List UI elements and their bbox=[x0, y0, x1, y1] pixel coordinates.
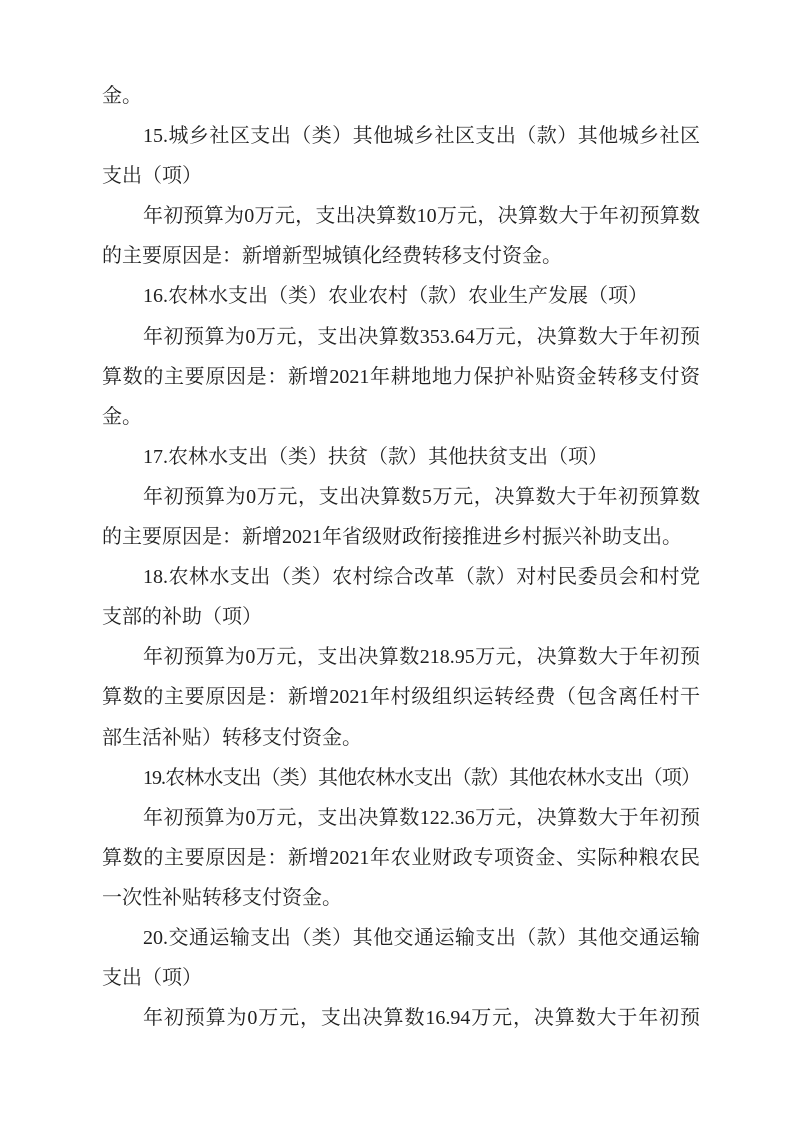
text-line: 部生活补贴）转移支付资金。 bbox=[102, 718, 700, 758]
text-line: 的主要原因是：新增新型城镇化经费转移支付资金。 bbox=[102, 236, 700, 276]
text-line: 年初预算为0万元，支出决算数16.94万元，决算数大于年初预 bbox=[102, 998, 700, 1038]
text-line: 18.农林水支出（类）农村综合改革（款）对村民委员会和村党 bbox=[102, 557, 700, 597]
text-line: 19.农林水支出（类）其他农林水支出（款）其他农林水支出（项） bbox=[102, 758, 700, 798]
text-line: 年初预算为0万元，支出决算数218.95万元，决算数大于年初预 bbox=[102, 637, 700, 677]
text-line: 15.城乡社区支出（类）其他城乡社区支出（款）其他城乡社区 bbox=[102, 116, 700, 156]
text-line: 年初预算为0万元，支出决算数10万元，决算数大于年初预算数 bbox=[102, 196, 700, 236]
text-line: 20.交通运输支出（类）其他交通运输支出（款）其他交通运输 bbox=[102, 918, 700, 958]
text-line: 支出（项） bbox=[102, 958, 700, 998]
text-line: 16.农林水支出（类）农业农村（款）农业生产发展（项） bbox=[102, 276, 700, 316]
text-line: 算数的主要原因是：新增2021年农业财政专项资金、实际种粮农民 bbox=[102, 838, 700, 878]
text-line: 年初预算为0万元，支出决算数5万元，决算数大于年初预算数 bbox=[102, 477, 700, 517]
text-line: 支出（项） bbox=[102, 156, 700, 196]
text-line: 金。 bbox=[102, 397, 700, 437]
text-line: 算数的主要原因是：新增2021年村级组织运转经费（包含离任村干 bbox=[102, 677, 700, 717]
text-line: 算数的主要原因是：新增2021年耕地地力保护补贴资金转移支付资 bbox=[102, 357, 700, 397]
text-line: 支部的补助（项） bbox=[102, 597, 700, 637]
text-line: 金。 bbox=[102, 76, 700, 116]
text-line: 的主要原因是：新增2021年省级财政衔接推进乡村振兴补助支出。 bbox=[102, 517, 700, 557]
text-line: 年初预算为0万元，支出决算数122.36万元，决算数大于年初预 bbox=[102, 798, 700, 838]
text-line: 17.农林水支出（类）扶贫（款）其他扶贫支出（项） bbox=[102, 437, 700, 477]
document-page: 金。15.城乡社区支出（类）其他城乡社区支出（款）其他城乡社区支出（项）年初预算… bbox=[0, 0, 793, 1122]
text-line: 一次性补贴转移支付资金。 bbox=[102, 878, 700, 918]
text-line: 年初预算为0万元，支出决算数353.64万元，决算数大于年初预 bbox=[102, 317, 700, 357]
document-text-block: 金。15.城乡社区支出（类）其他城乡社区支出（款）其他城乡社区支出（项）年初预算… bbox=[102, 76, 700, 1038]
